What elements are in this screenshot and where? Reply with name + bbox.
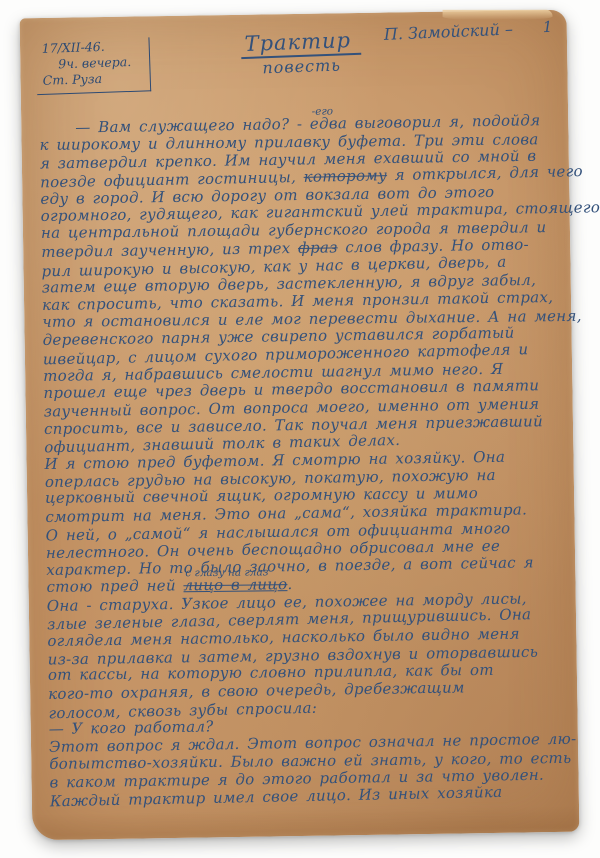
correction-group: лицо в лицос глазу на глаз	[183, 575, 287, 594]
manuscript-header: 17/XII-46. 9ч. вечера. Ст. Руза Трактир …	[38, 18, 556, 116]
handwritten-text: стою пред ней	[46, 576, 183, 596]
crossed-out-text: которому	[303, 166, 387, 186]
correction-group: едва выговорил я, подойдя-его	[310, 111, 541, 133]
handwritten-text: .	[287, 575, 292, 593]
place-line: Ст. Руза	[43, 70, 132, 89]
inserted-correction-text: -его	[312, 103, 334, 121]
date-block: 17/XII-46. 9ч. вечера. Ст. Руза	[35, 37, 151, 95]
inserted-correction-text: с глазу на глаз	[185, 564, 268, 583]
page-subtitle: повесть	[196, 53, 407, 80]
crossed-out-text: фраз	[298, 238, 338, 257]
author-block: П. Замойский – 1	[384, 18, 553, 44]
handwritten-text: едва выговорил я, подойдя	[310, 111, 541, 133]
page-title: Трактир	[240, 28, 361, 59]
page-number: 1	[543, 18, 553, 36]
time-line: 9ч. вечера.	[42, 54, 131, 73]
manuscript-content: 17/XII-46. 9ч. вечера. Ст. Руза Трактир …	[38, 18, 568, 830]
manuscript-page: 17/XII-46. 9ч. вечера. Ст. Руза Трактир …	[20, 10, 580, 840]
author-name: П. Замойский –	[384, 19, 514, 43]
handwritten-text: я открылся, для чего	[387, 162, 583, 184]
manuscript-body: — Вам служащего надо? - едва выговорил я…	[39, 112, 567, 810]
scan-background: { "colors":{"background":"#fdfdfc","pape…	[0, 0, 600, 858]
title-block: Трактир повесть	[195, 26, 407, 80]
